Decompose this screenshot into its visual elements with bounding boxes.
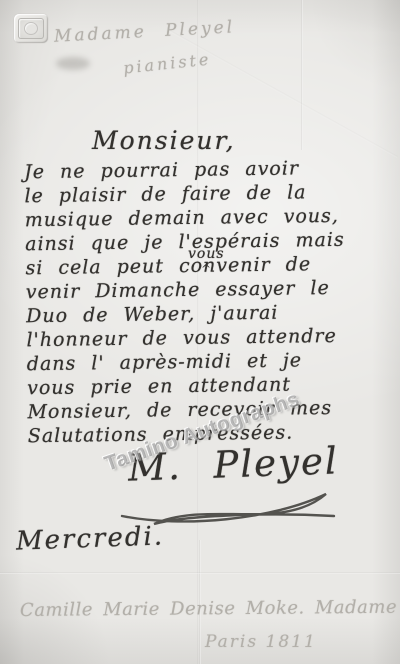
letter-dateline: Mercredi.: [16, 521, 165, 556]
pencil-annotation-birthinfo: Paris 1811: [205, 632, 317, 652]
insertion-caret-mark: ^: [201, 262, 211, 276]
letter-salutation: Monsieur,: [92, 126, 236, 155]
fold-crease-vertical-top: [301, 0, 303, 150]
pencil-annotation-title: pianiste: [122, 49, 212, 77]
embossed-stamp-oval: [24, 22, 38, 35]
embossed-stamp: [14, 14, 48, 43]
pencil-smudge: [56, 57, 90, 70]
pencil-annotation-name: Madame Pleyel: [54, 17, 236, 46]
pencil-annotation-identification: Camille Marie Denise Moke. Madame Pleyel: [20, 596, 400, 621]
embossed-stamp-border: [18, 18, 44, 39]
fold-crease-horizontal: [0, 572, 400, 574]
inserted-word: vous: [188, 246, 225, 262]
letter-scan: Madame Pleyel pianiste Monsieur, Je ne p…: [0, 0, 400, 664]
